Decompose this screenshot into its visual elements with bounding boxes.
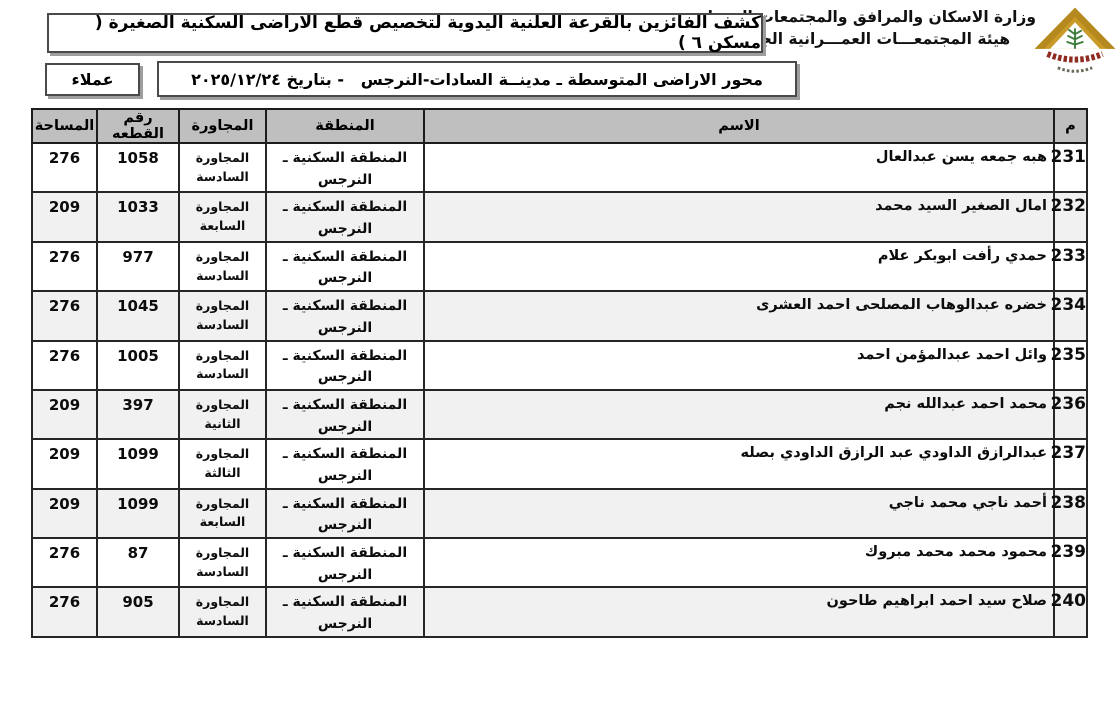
winners-table: م الاسم المنطقة المجاورة رقم القطعه المس…: [31, 108, 1088, 638]
cell-index: 235: [1054, 341, 1087, 390]
cell-zone: المنطقة السكنية ـ النرجس: [266, 242, 424, 291]
cell-area: 276: [32, 291, 97, 340]
cell-index: 231: [1054, 143, 1087, 192]
cell-neighborhood: المجاورة السادسة: [179, 341, 266, 390]
document-subtitle-box: محور الاراضى المتوسطة ـ مدينــة السادات-…: [157, 61, 797, 97]
cell-index: 234: [1054, 291, 1087, 340]
cell-zone: المنطقة السكنية ـ النرجس: [266, 291, 424, 340]
cell-index: 237: [1054, 439, 1087, 488]
col-header-name: الاسم: [424, 109, 1054, 143]
cell-zone: المنطقة السكنية ـ النرجس: [266, 341, 424, 390]
audience-label-box: عملاء: [45, 63, 140, 96]
col-header-area: المساحة: [32, 109, 97, 143]
table-row: 236 محمد احمد عبدالله نجم المنطقة السكني…: [32, 390, 1087, 439]
col-header-index: م: [1054, 109, 1087, 143]
table-row: 235 وائل احمد عبدالمؤمن احمد المنطقة الس…: [32, 341, 1087, 390]
cell-area: 209: [32, 489, 97, 538]
table-header-row: م الاسم المنطقة المجاورة رقم القطعه المس…: [32, 109, 1087, 143]
cell-neighborhood: المجاورة السابعة: [179, 192, 266, 241]
document-subtitle: محور الاراضى المتوسطة ـ مدينــة السادات-…: [191, 70, 763, 89]
cell-area: 276: [32, 143, 97, 192]
cell-index: 239: [1054, 538, 1087, 587]
document-title: كشف الفائزين بالقرعة العلنية اليدوية لتخ…: [49, 13, 761, 53]
cell-zone: المنطقة السكنية ـ النرجس: [266, 390, 424, 439]
cell-index: 238: [1054, 489, 1087, 538]
cell-neighborhood: المجاورة السادسة: [179, 143, 266, 192]
cell-name: خضره عبدالوهاب المصلحى احمد العشرى: [424, 291, 1054, 340]
cell-name: حمدي رأفت ابوبكر علام: [424, 242, 1054, 291]
cell-name: محمد احمد عبدالله نجم: [424, 390, 1054, 439]
cell-area: 276: [32, 341, 97, 390]
cell-plot-number: 397: [97, 390, 179, 439]
table-row: 240 صلاح سيد احمد ابراهيم طاحون المنطقة …: [32, 587, 1087, 636]
cell-name: أحمد ناجي محمد ناجي: [424, 489, 1054, 538]
cell-area: 276: [32, 587, 97, 636]
cell-area: 209: [32, 439, 97, 488]
cell-neighborhood: المجاورة السادسة: [179, 538, 266, 587]
cell-area: 276: [32, 242, 97, 291]
logo-caption-script: [1058, 68, 1092, 71]
table-row: 232 امال الصغير السيد محمد المنطقة السكن…: [32, 192, 1087, 241]
cell-index: 236: [1054, 390, 1087, 439]
cell-area: 209: [32, 192, 97, 241]
cell-name: امال الصغير السيد محمد: [424, 192, 1054, 241]
table-row: 239 محمود محمد محمد مبروك المنطقة السكني…: [32, 538, 1087, 587]
cell-plot-number: 905: [97, 587, 179, 636]
cell-name: محمود محمد محمد مبروك: [424, 538, 1054, 587]
col-header-neighborhood: المجاورة: [179, 109, 266, 143]
table-row: 231 هبه جمعه يسن عبدالعال المنطقة السكني…: [32, 143, 1087, 192]
cell-zone: المنطقة السكنية ـ النرجس: [266, 489, 424, 538]
col-header-zone: المنطقة: [266, 109, 424, 143]
cell-neighborhood: المجاورة السادسة: [179, 242, 266, 291]
cell-zone: المنطقة السكنية ـ النرجس: [266, 192, 424, 241]
cell-neighborhood: المجاورة الثالثة: [179, 439, 266, 488]
cell-plot-number: 87: [97, 538, 179, 587]
cell-name: هبه جمعه يسن عبدالعال: [424, 143, 1054, 192]
cell-name: صلاح سيد احمد ابراهيم طاحون: [424, 587, 1054, 636]
winners-table-wrapper: م الاسم المنطقة المجاورة رقم القطعه المس…: [33, 108, 1088, 638]
cell-plot-number: 1005: [97, 341, 179, 390]
table-row: 237 عبدالرازق الداودي عبد الرازق الداودي…: [32, 439, 1087, 488]
table-row: 238 أحمد ناجي محمد ناجي المنطقة السكنية …: [32, 489, 1087, 538]
cell-neighborhood: المجاورة السابعة: [179, 489, 266, 538]
cell-name: وائل احمد عبدالمؤمن احمد: [424, 341, 1054, 390]
cell-area: 209: [32, 390, 97, 439]
document-page: وزارة الاسكان والمرافق والمجتمعات العمرا…: [0, 0, 1120, 706]
cell-neighborhood: المجاورة السادسة: [179, 291, 266, 340]
cell-plot-number: 1099: [97, 439, 179, 488]
cell-zone: المنطقة السكنية ـ النرجس: [266, 143, 424, 192]
cell-area: 276: [32, 538, 97, 587]
logo-red-banner: [1047, 54, 1102, 60]
cell-zone: المنطقة السكنية ـ النرجس: [266, 439, 424, 488]
cell-neighborhood: المجاورة الثانية: [179, 390, 266, 439]
cell-neighborhood: المجاورة السادسة: [179, 587, 266, 636]
cell-plot-number: 1033: [97, 192, 179, 241]
table-row: 234 خضره عبدالوهاب المصلحى احمد العشرى ا…: [32, 291, 1087, 340]
cell-plot-number: 1045: [97, 291, 179, 340]
authority-logo-icon: [1032, 2, 1118, 94]
cell-zone: المنطقة السكنية ـ النرجس: [266, 538, 424, 587]
col-header-plot-number: رقم القطعه: [97, 109, 179, 143]
cell-index: 240: [1054, 587, 1087, 636]
cell-plot-number: 1099: [97, 489, 179, 538]
cell-index: 233: [1054, 242, 1087, 291]
pyramid-tree-emblem-icon: [1032, 2, 1118, 94]
audience-label: عملاء: [72, 70, 114, 89]
table-row: 233 حمدي رأفت ابوبكر علام المنطقة السكني…: [32, 242, 1087, 291]
cell-plot-number: 1058: [97, 143, 179, 192]
cell-name: عبدالرازق الداودي عبد الرازق الداودي بصل…: [424, 439, 1054, 488]
cell-plot-number: 977: [97, 242, 179, 291]
document-title-box: كشف الفائزين بالقرعة العلنية اليدوية لتخ…: [47, 13, 763, 53]
cell-zone: المنطقة السكنية ـ النرجس: [266, 587, 424, 636]
cell-index: 232: [1054, 192, 1087, 241]
